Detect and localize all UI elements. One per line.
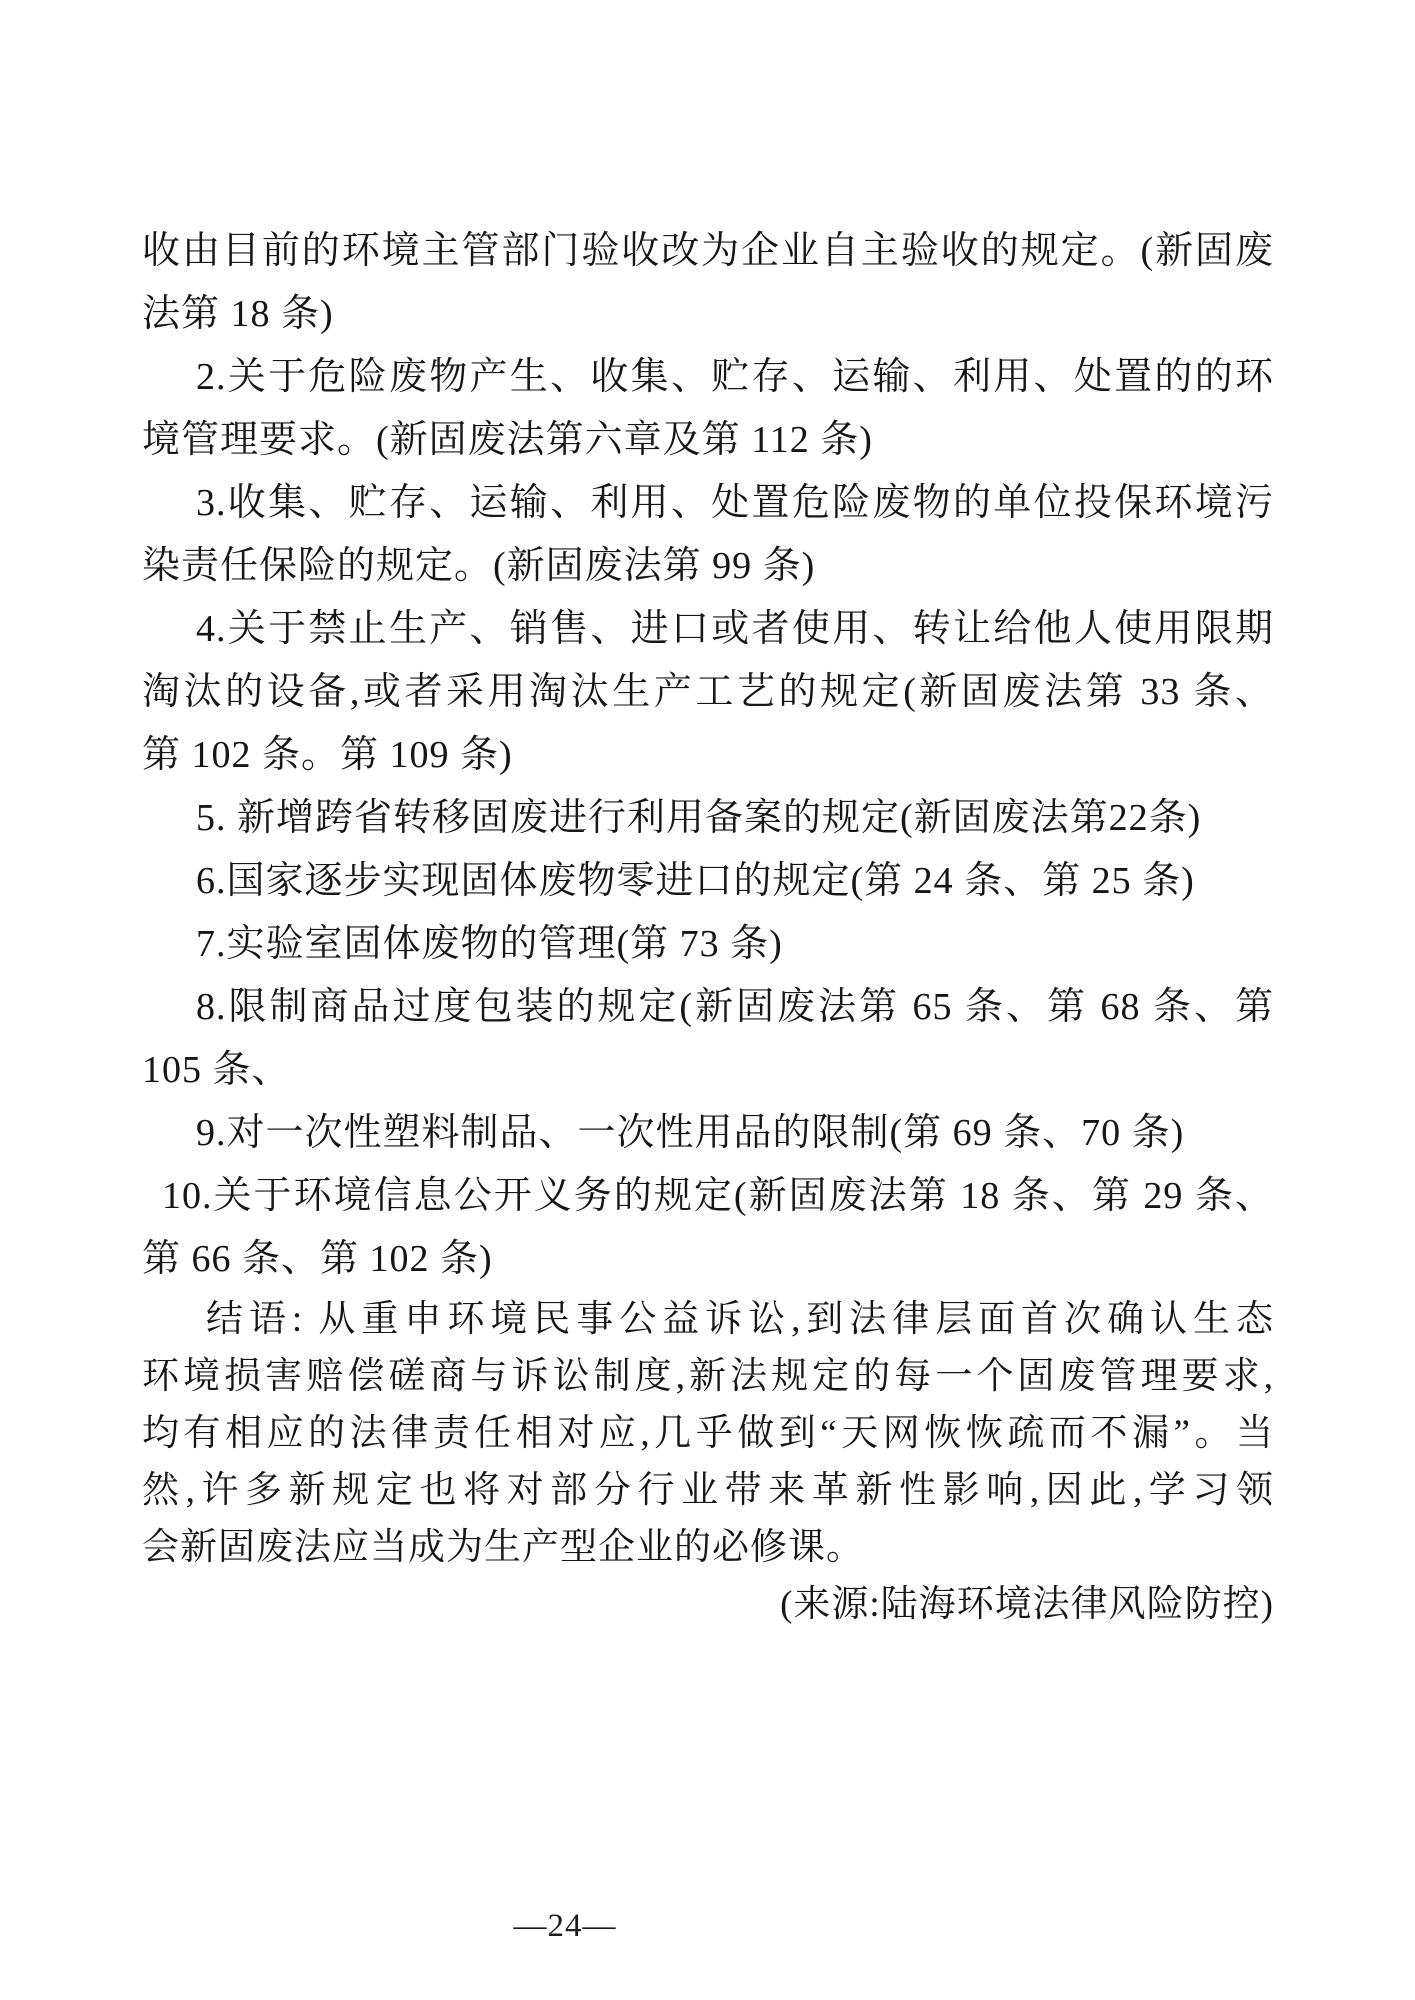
conclusion-line: 会新固废法应当成为生产型企业的必修课。 <box>142 1519 1274 1576</box>
conclusion-line: 环境损害赔偿磋商与诉讼制度,新法规定的每一个固废管理要求, <box>142 1348 1274 1405</box>
text-line: 105 条、 <box>142 1039 1274 1102</box>
source-attribution: (来源:陆海环境法律风险防控) <box>142 1576 1274 1633</box>
conclusion-line: 结语: 从重申环境民事公益诉讼,到法律层面首次确认生态 <box>142 1291 1274 1348</box>
text-line: 染责任保险的规定。(新固废法第 99 条) <box>142 535 1274 598</box>
text-line: 法第 18 条) <box>142 283 1274 346</box>
text-line: 第 102 条。第 109 条) <box>142 724 1274 787</box>
text-line: 收由目前的环境主管部门验收改为企业自主验收的规定。(新固废 <box>142 220 1274 283</box>
list-item: 9.对一次性塑料制品、一次性用品的限制(第 69 条、70 条) <box>142 1102 1274 1165</box>
document-page: 收由目前的环境主管部门验收改为企业自主验收的规定。(新固废 法第 18 条) 2… <box>0 0 1415 2000</box>
list-item: 10.关于环境信息公开义务的规定(新固废法第 18 条、第 29 条、 <box>142 1165 1274 1228</box>
conclusion-line: 然,许多新规定也将对部分行业带来革新性影响,因此,学习领 <box>142 1462 1274 1519</box>
list-item: 3.收集、贮存、运输、利用、处置危险废物的单位投保环境污 <box>142 472 1274 535</box>
page-number: —24— <box>470 1908 660 1945</box>
list-item: 4.关于禁止生产、销售、进口或者使用、转让给他人使用限期 <box>142 598 1274 661</box>
list-item: 6.国家逐步实现固体废物零进口的规定(第 24 条、第 25 条) <box>142 850 1274 913</box>
list-item: 5. 新增跨省转移固废进行利用备案的规定(新固废法第22条) <box>142 787 1274 850</box>
conclusion-line: 均有相应的法律责任相对应,几乎做到“天网恢恢疏而不漏”。当 <box>142 1405 1274 1462</box>
document-body: 收由目前的环境主管部门验收改为企业自主验收的规定。(新固废 法第 18 条) 2… <box>142 220 1274 1633</box>
text-line: 淘汰的设备,或者采用淘汰生产工艺的规定(新固废法第 33 条、 <box>142 661 1274 724</box>
text-line: 第 66 条、第 102 条) <box>142 1228 1274 1291</box>
list-item: 7.实验室固体废物的管理(第 73 条) <box>142 913 1274 976</box>
list-item: 2.关于危险废物产生、收集、贮存、运输、利用、处置的的环 <box>142 346 1274 409</box>
text-line: 境管理要求。(新固废法第六章及第 112 条) <box>142 409 1274 472</box>
list-item: 8.限制商品过度包装的规定(新固废法第 65 条、第 68 条、第 <box>142 976 1274 1039</box>
